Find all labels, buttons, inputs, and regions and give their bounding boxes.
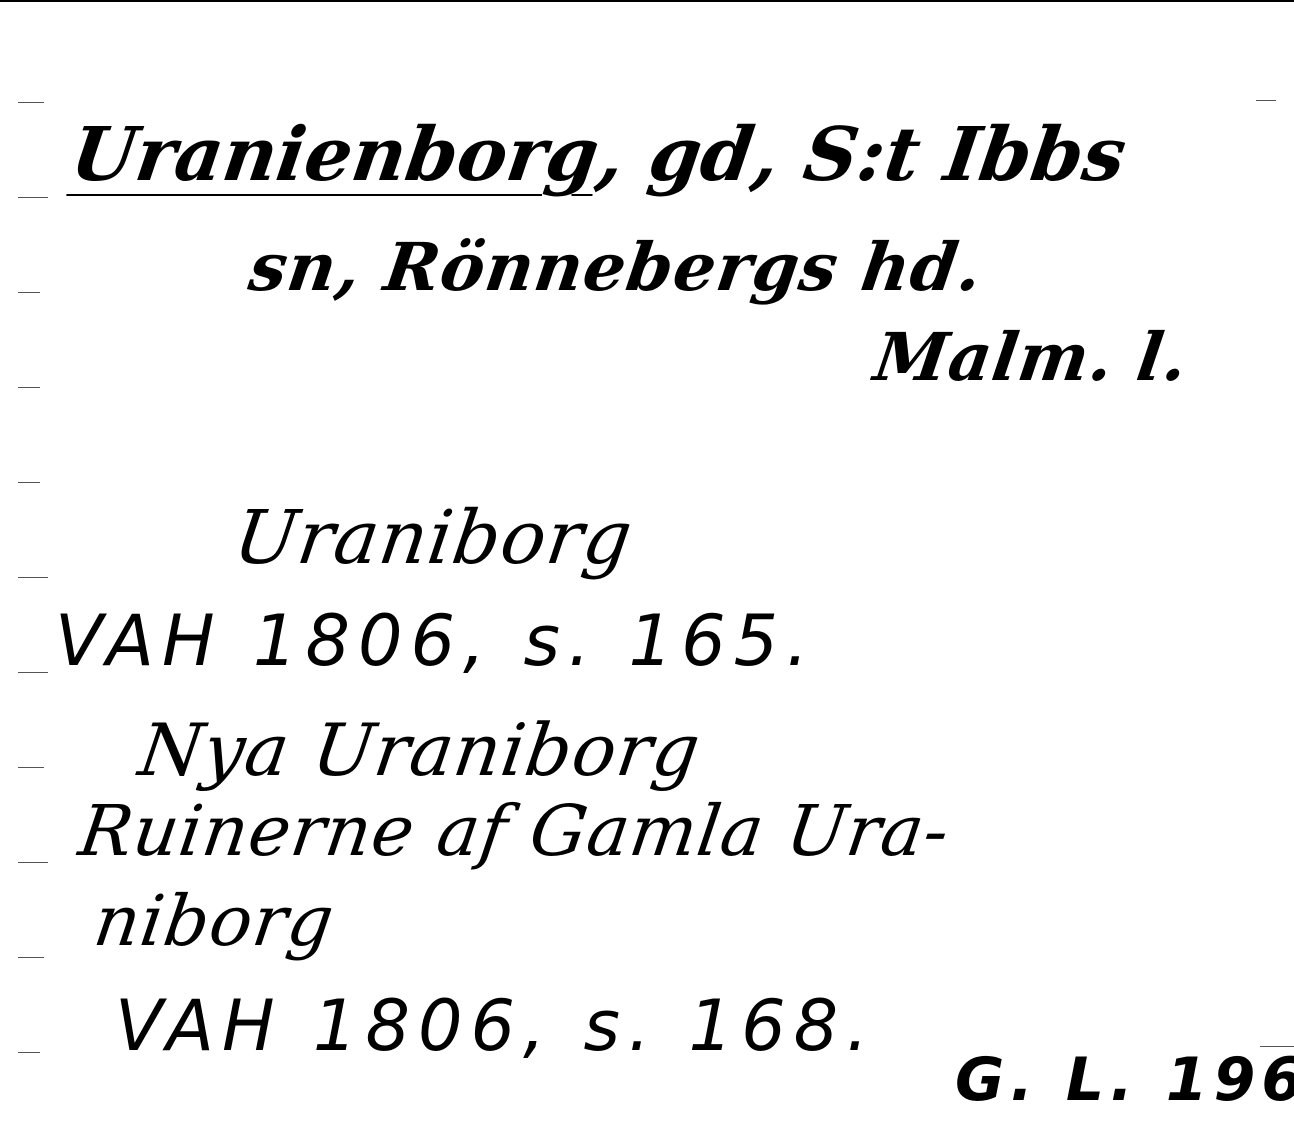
margin-tick: [18, 482, 40, 483]
margin-tick: [18, 957, 44, 958]
margin-tick: [18, 577, 48, 578]
source-reference-2: VAH 1806, s. 168.: [115, 985, 876, 1067]
margin-tick: [18, 387, 40, 388]
variant-name-ruinerne: Ruinerne af Gamla Ura-: [74, 790, 955, 872]
margin-tick: [18, 1052, 40, 1053]
parish-district-line: sn, Rönnebergs hd.: [245, 228, 988, 306]
heading-detail: , gd, S:t Ibbs: [592, 112, 1131, 198]
variant-name-uraniborg: Uraniborg: [229, 495, 638, 581]
margin-tick: [18, 102, 44, 103]
variant-name-nya-uraniborg: Nya Uraniborg: [134, 708, 706, 792]
entry-heading: Uranienborg, gd, S:t Ibbs: [66, 112, 1131, 198]
variant-name-continuation: niborg: [89, 880, 339, 962]
margin-tick: [18, 672, 48, 673]
margin-tick: [1256, 100, 1276, 101]
index-card: Uranienborg, gd, S:t Ibbs sn, Rönnebergs…: [0, 0, 1294, 1131]
margin-tick: [18, 862, 48, 863]
signature-date: G. L. 1961.: [955, 1045, 1294, 1115]
margin-tick: [18, 767, 44, 768]
card-top-edge: [0, 0, 1294, 2]
county-line: Malm. l.: [870, 318, 1194, 396]
place-name: Uranienborg: [66, 112, 604, 198]
margin-tick: [18, 292, 40, 293]
margin-tick: [18, 197, 48, 198]
source-reference-1: VAH 1806, s. 165.: [55, 600, 816, 682]
